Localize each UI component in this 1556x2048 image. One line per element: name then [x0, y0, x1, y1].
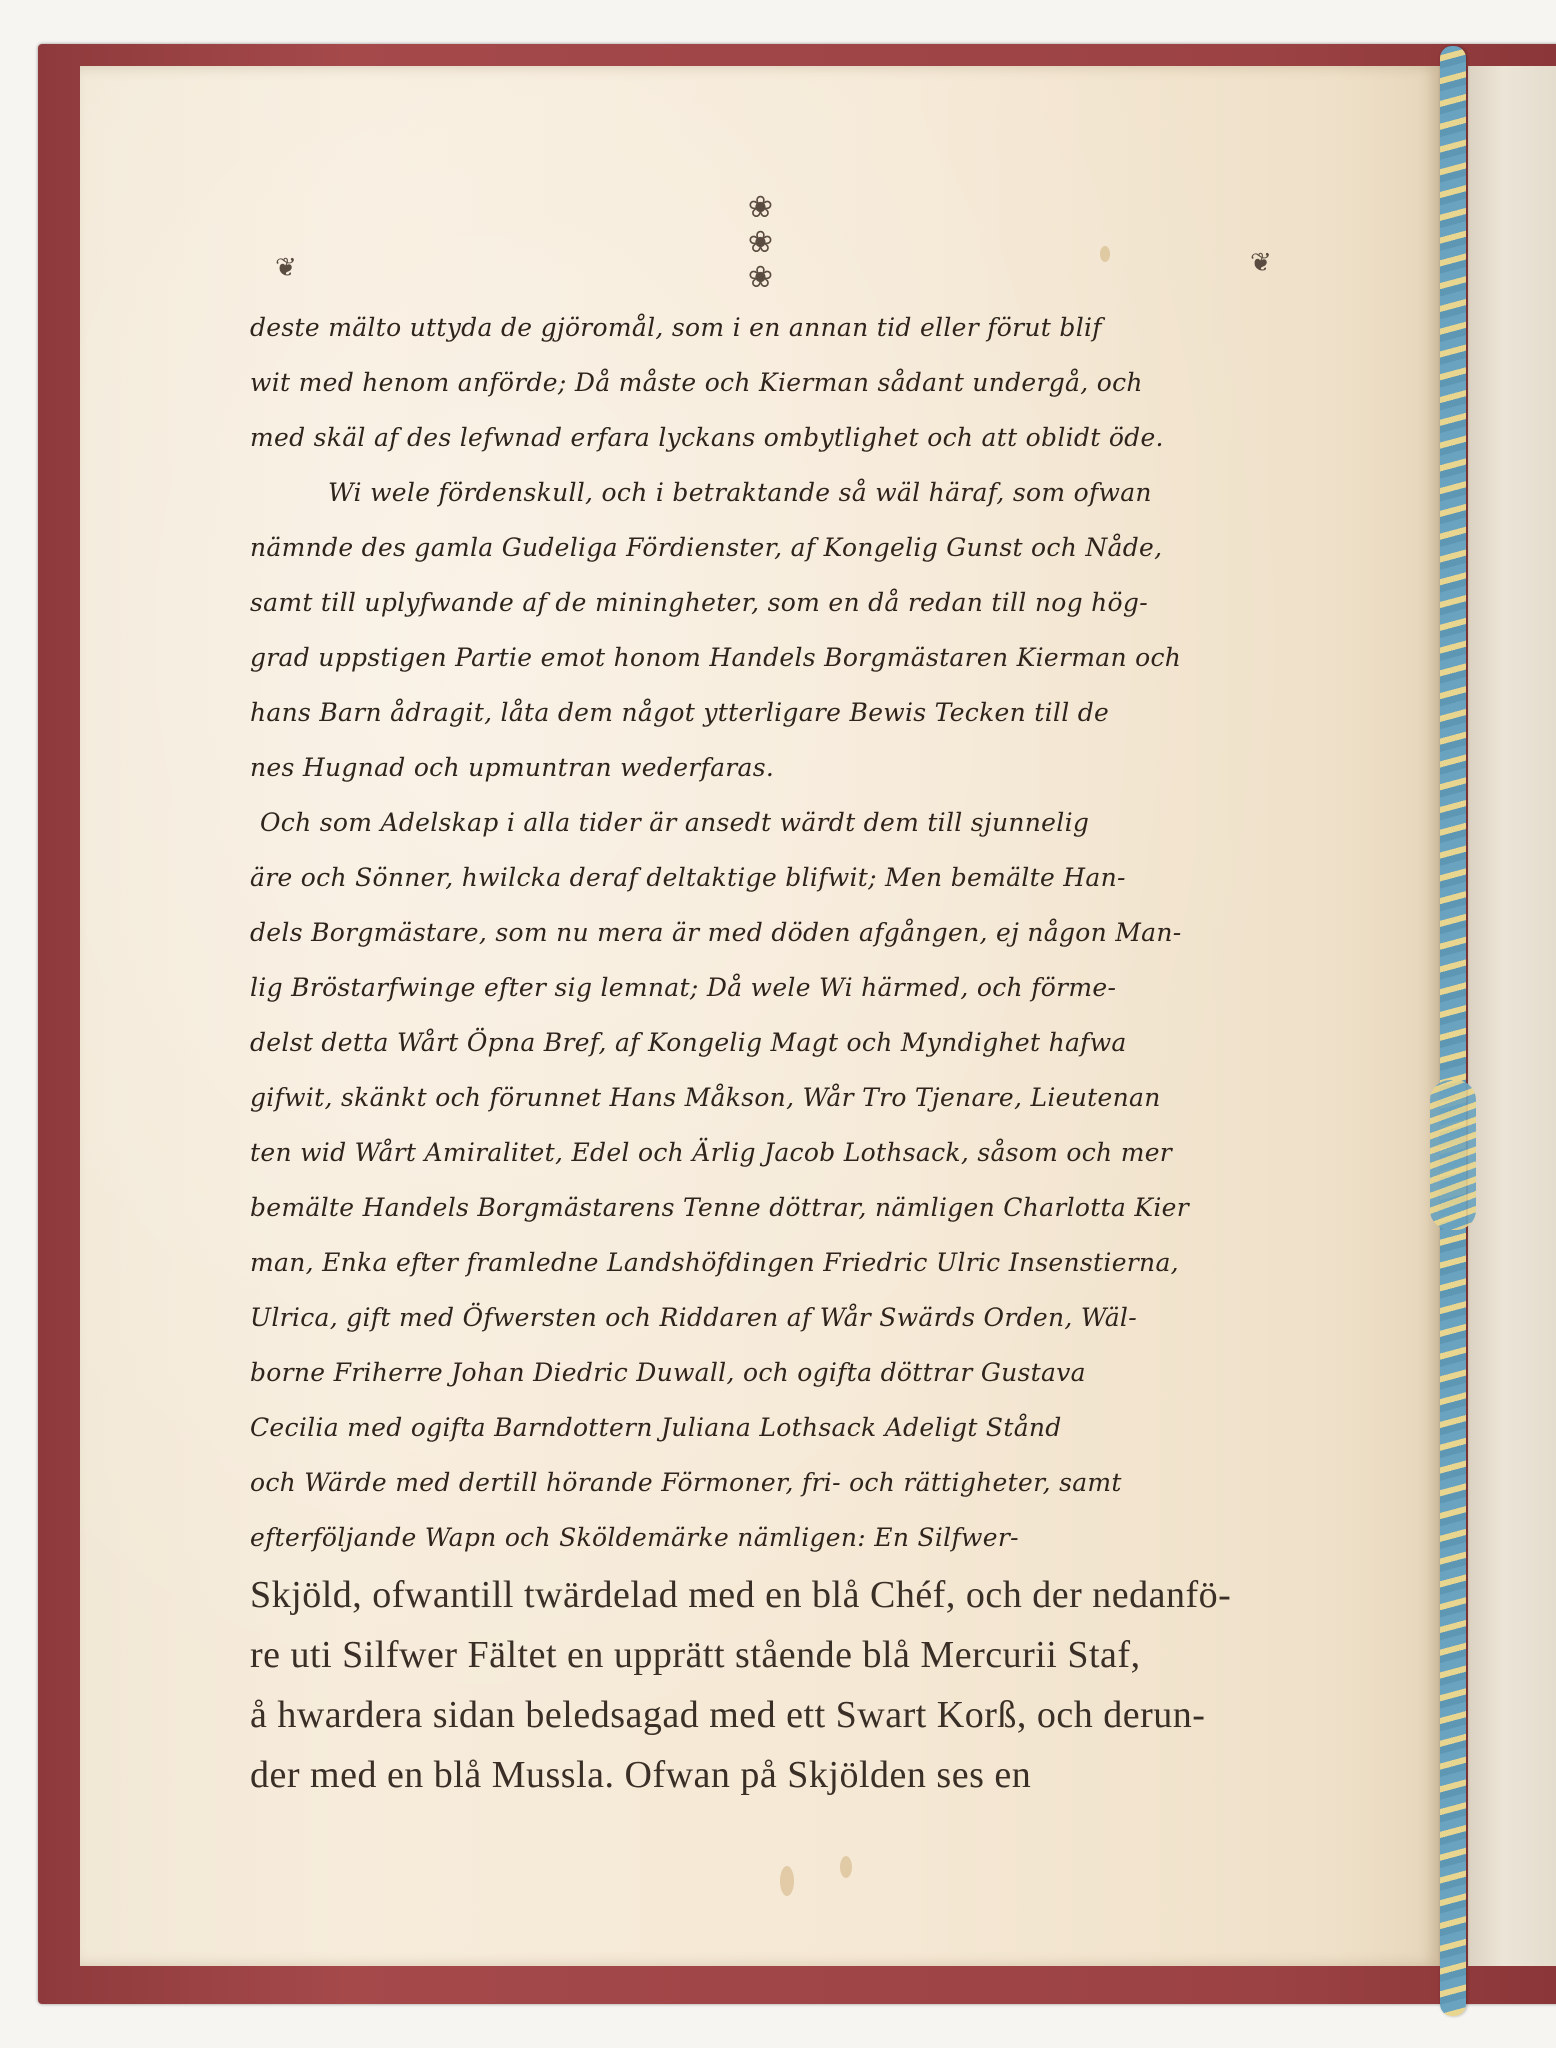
heraldic-description-line: re uti Silfwer Fältet en upprätt stående… [250, 1625, 1310, 1685]
text-line: samt till uplyfwande af de miningheter, … [250, 575, 1310, 630]
paper-stain [780, 1866, 794, 1896]
text-line: man, Enka efter framledne Landshöfdingen… [250, 1235, 1310, 1290]
text-line: nes Hugnad och upmuntran wederfaras. [250, 740, 1310, 795]
text-line: borne Friherre Johan Diedric Duwall, och… [250, 1345, 1310, 1400]
manuscript-text: deste mälto uttyda de gjöromål, som i en… [250, 300, 1310, 1805]
text-line: äre och Sönner, hwilcka deraf deltaktige… [250, 850, 1310, 905]
heraldic-description-line: Skjöld, ofwantill twärdelad med en blå C… [250, 1565, 1310, 1625]
text-line: Ulrica, gift med Öfwersten och Riddaren … [250, 1290, 1310, 1345]
text-line: hans Barn ådragit, låta dem något ytterl… [250, 685, 1310, 740]
text-line: med skäl af des lefwnad erfara lyckans o… [250, 410, 1310, 465]
text-line: bemälte Handels Borgmästarens Tenne dött… [250, 1180, 1310, 1235]
text-line: delst detta Wårt Öpna Bref, af Kongelig … [250, 1015, 1310, 1070]
floral-ornament-left-icon: ❦ [275, 255, 297, 281]
text-line: grad uppstigen Partie emot honom Handels… [250, 630, 1310, 685]
text-line: nämnde des gamla Gudeliga Fördienster, a… [250, 520, 1310, 575]
text-line: gifwit, skänkt och förunnet Hans Måkson,… [250, 1070, 1310, 1125]
paper-stain [840, 1856, 852, 1878]
heraldic-description-line: der med en blå Mussla. Ofwan på Skjölden… [250, 1745, 1310, 1805]
heraldic-description-line: å hwardera sidan beledsagad med ett Swar… [250, 1685, 1310, 1745]
text-line: wit med henom anförde; Då måste och Kier… [250, 355, 1310, 410]
text-line: deste mälto uttyda de gjöromål, som i en… [250, 300, 1310, 355]
binding-cord-knot [1430, 1080, 1476, 1230]
binding-cord [1440, 46, 1466, 2016]
text-line: dels Borgmästare, som nu mera är med död… [250, 905, 1310, 960]
text-line: efterföljande Wapn och Sköldemärke nämli… [250, 1510, 1310, 1565]
facing-page-edge [1468, 66, 1556, 1966]
text-line: ten wid Wårt Amiralitet, Edel och Ärlig … [250, 1125, 1310, 1180]
floral-ornament-center-icon: ❀❀❀ [745, 190, 775, 295]
floral-ornament-right-icon: ❦ [1250, 250, 1272, 276]
paragraph-start-line: Och som Adelskap i alla tider är ansedt … [250, 795, 1310, 850]
text-line: Cecilia med ogifta Barndottern Juliana L… [250, 1400, 1310, 1455]
paragraph-start-line: Wi wele fördenskull, och i betraktande s… [250, 465, 1310, 520]
text-line: och Wärde med dertill hörande Förmoner, … [250, 1455, 1310, 1510]
text-line: lig Bröstarfwinge efter sig lemnat; Då w… [250, 960, 1310, 1015]
paper-stain [1100, 246, 1110, 262]
